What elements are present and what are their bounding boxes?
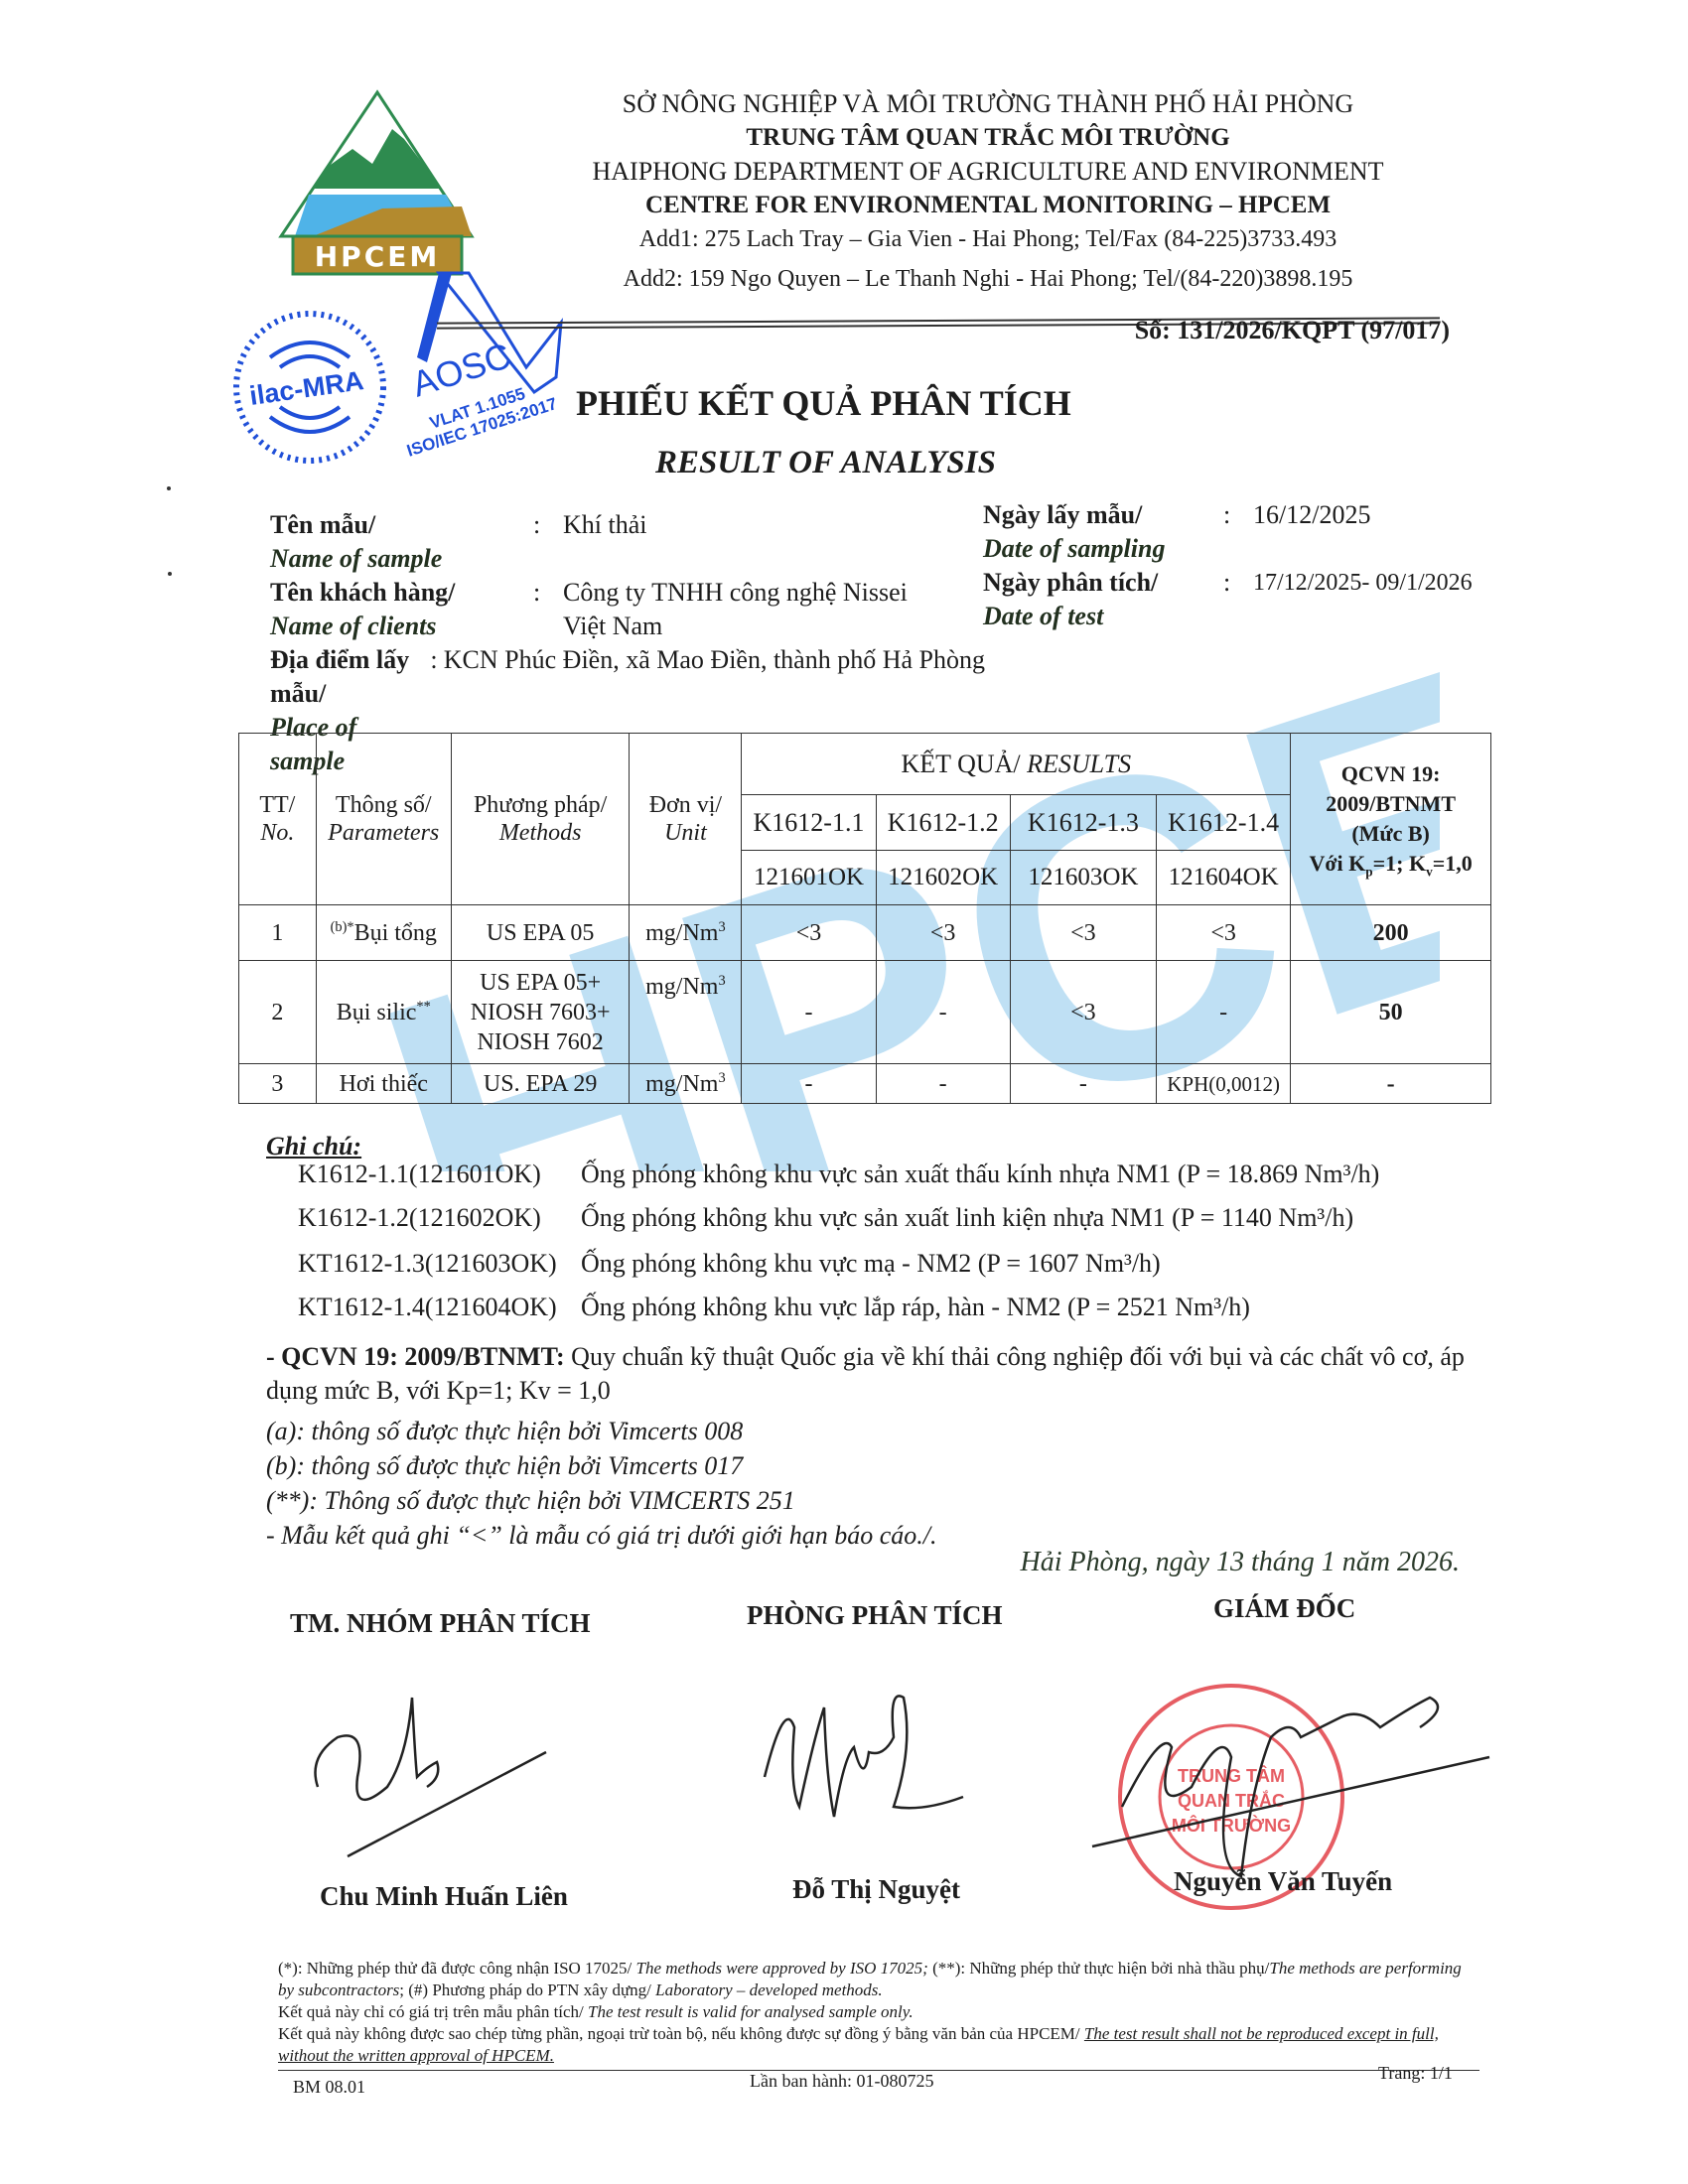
qcvn-label: - QCVN 19: 2009/BTNMT:	[266, 1342, 565, 1371]
unit: mg/Nm	[645, 1071, 718, 1097]
document-subtitle: RESULT OF ANALYSIS	[655, 445, 996, 481]
note-item: KT1612-1.4(121604OK)Ống phóng không khu …	[298, 1293, 1250, 1322]
form-code: BM 08.01	[293, 2077, 365, 2098]
signature-do-thi-nguyet	[755, 1668, 993, 1866]
row-unit: mg/Nm3	[630, 1064, 742, 1104]
limit-value: -	[1291, 1064, 1491, 1104]
header-no: TT/ No.	[239, 734, 317, 905]
sampling-date-label-en: Date of sampling	[983, 532, 1223, 566]
row-parameter: (b)*Bụi tổng	[316, 905, 451, 961]
table-header-row: TT/ No. Thông số/ Parameters Phương pháp…	[239, 734, 1491, 795]
unit-sup: 3	[718, 973, 725, 989]
results-table: TT/ No. Thông số/ Parameters Phương pháp…	[238, 733, 1491, 1104]
issue-date-place: Hải Phòng, ngày 13 tháng 1 năm 2026.	[1020, 1547, 1460, 1578]
result-value: -	[876, 961, 1010, 1064]
header-param-en: Parameters	[321, 819, 447, 847]
document-title: PHIẾU KẾT QUẢ PHÂN TÍCH	[576, 382, 1071, 424]
header-department-en: HAIPHONG DEPARTMENT OF AGRICULTURE AND E…	[531, 155, 1445, 189]
result-value: <3	[742, 905, 876, 961]
scan-dot	[168, 572, 172, 576]
header-centre-en: CENTRE FOR ENVIRONMENTAL MONITORING – HP…	[531, 189, 1445, 222]
unit: mg/Nm	[645, 920, 718, 946]
page-number: Trang: 1/1	[1378, 2063, 1453, 2084]
param-suffix: **	[416, 999, 430, 1015]
note-a: (a): thông số được thực hiện bởi Vimcert…	[266, 1415, 1477, 1448]
header-unit-vn: Đơn vị/	[633, 791, 737, 819]
result-value: -	[742, 1064, 876, 1104]
header-no-vn: TT/	[243, 791, 312, 819]
table-row: 1 (b)*Bụi tổng US EPA 05 mg/Nm3 <3 <3 <3…	[239, 905, 1491, 961]
header-parameters: Thông số/ Parameters	[316, 734, 451, 905]
hpcem-logo: HPCEM	[273, 89, 482, 278]
footer-line-1: (*): Những phép thử đã được công nhận IS…	[278, 1958, 1479, 2001]
note-desc: Ống phóng không khu vực sản xuất linh ki…	[581, 1203, 1353, 1232]
header-address-2: Add2: 159 Ngo Quyen – Le Thanh Nghi - Ha…	[531, 262, 1445, 296]
colon: :	[1223, 498, 1253, 566]
signature-role-analysis-group: TM. NHÓM PHÂN TÍCH	[290, 1608, 591, 1639]
footer-text: ; (#) Phương pháp do PTN xây dựng/	[399, 1980, 655, 1999]
colon: :	[533, 576, 563, 643]
row-method: US EPA 05	[451, 905, 630, 961]
qcvn-note: - QCVN 19: 2009/BTNMT: Quy chuẩn kỹ thuậ…	[266, 1340, 1477, 1408]
signer-name-director: Nguyễn Văn Tuyến	[1174, 1866, 1392, 1897]
header-results-en: RESULTS	[1027, 750, 1131, 778]
note-code: K1612-1.1(121601OK)	[298, 1160, 581, 1189]
result-value: -	[876, 1064, 1010, 1104]
table-row: 2 Bụi silic** US EPA 05+ NIOSH 7603+ NIO…	[239, 961, 1491, 1064]
sample-code: K1612-1.2	[876, 795, 1010, 851]
header-method-en: Methods	[456, 819, 626, 847]
sample-name-value: Khí thải	[563, 508, 647, 576]
footer-text: The methods were approved by ISO 17025;	[636, 1959, 928, 1978]
limit-value: 200	[1291, 905, 1491, 961]
sample-code: K1612-1.1	[742, 795, 876, 851]
note-item: K1612-1.2(121602OK)Ống phóng không khu v…	[298, 1203, 1353, 1233]
param-name: Bụi tổng	[354, 920, 437, 946]
footer-line-3: Kết quả này không được sao chép từng phầ…	[278, 2023, 1479, 2067]
header-results-vn: KẾT QUẢ/	[902, 750, 1028, 778]
document-number: Số: 131/2026/KQPT (97/017)	[1135, 316, 1450, 345]
result-value: <3	[1157, 905, 1291, 961]
row-no: 3	[239, 1064, 317, 1104]
param-prefix: (b)*	[331, 919, 354, 935]
header-centre-vn: TRUNG TÂM QUAN TRẮC MÔI TRƯỜNG	[531, 121, 1445, 155]
client-value-line2: Việt Nam	[563, 610, 908, 643]
result-value: -	[742, 961, 876, 1064]
sample-code: K1612-1.3	[1010, 795, 1156, 851]
signer-name-analysis-dept: Đỗ Thị Nguyệt	[792, 1874, 960, 1905]
sample-id: 121602OK	[876, 851, 1010, 905]
row-method: US EPA 05+ NIOSH 7603+ NIOSH 7602	[451, 961, 630, 1064]
header-param-vn: Thông số/	[321, 791, 447, 819]
sample-id: 121601OK	[742, 851, 876, 905]
result-value: <3	[1010, 905, 1156, 961]
signer-name-analysis-group: Chu Minh Huấn Liên	[320, 1881, 568, 1912]
row-no: 2	[239, 961, 317, 1064]
organization-header: SỞ NÔNG NGHIỆP VÀ MÔI TRƯỜNG THÀNH PHỐ H…	[531, 87, 1445, 296]
note-desc: Ống phóng không khu vực lắp ráp, hàn - N…	[581, 1293, 1250, 1321]
unit-sup: 3	[718, 919, 725, 935]
standard-line1: QCVN 19:	[1295, 759, 1486, 789]
client-label-en: Name of clients	[270, 610, 533, 643]
sample-info-right: Ngày lấy mẫu/ Date of sampling : 16/12/2…	[983, 498, 1499, 633]
row-parameter: Hơi thiếc	[316, 1064, 451, 1104]
footer-text: (**): Những phép thử thực hiện bởi nhà t…	[928, 1959, 1270, 1978]
row-no: 1	[239, 905, 317, 961]
client-label-vn: Tên khách hàng/	[270, 576, 533, 610]
table-row: 3 Hơi thiếc US. EPA 29 mg/Nm3 - - - KPH(…	[239, 1064, 1491, 1104]
result-value: KPH(0,0012)	[1157, 1064, 1291, 1104]
signature-role-director: GIÁM ĐỐC	[1213, 1593, 1355, 1624]
client-value-line1: Công ty TNHH công nghệ Nissei	[563, 576, 908, 610]
header-address-1: Add1: 275 Lach Tray – Gia Vien - Hai Pho…	[531, 222, 1445, 256]
note-code: K1612-1.2(121602OK)	[298, 1203, 581, 1233]
limit-value: 50	[1291, 961, 1491, 1064]
header-department: SỞ NÔNG NGHIỆP VÀ MÔI TRƯỜNG THÀNH PHỐ H…	[531, 87, 1445, 121]
result-value: <3	[1010, 961, 1156, 1064]
place-label-vn: Địa điểm lấy mẫu/	[270, 643, 430, 711]
header-unit-en: Unit	[633, 819, 737, 847]
header-results: KẾT QUẢ/ RESULTS	[742, 734, 1291, 795]
note-desc: Ống phóng không khu vực sản xuất thấu kí…	[581, 1160, 1379, 1188]
sampling-date-label-vn: Ngày lấy mẫu/	[983, 498, 1223, 532]
test-date-value: 17/12/2025- 09/1/2026	[1253, 566, 1473, 633]
row-unit: mg/Nm3	[630, 905, 742, 961]
sample-name-label-vn: Tên mẫu/	[270, 508, 533, 542]
standard-line4: Với Kp=1; Kv=1,0	[1295, 849, 1486, 879]
footer-disclaimer: (*): Những phép thử đã được công nhận IS…	[278, 1958, 1479, 2067]
footer-line-2: Kết quả này chỉ có giá trị trên mẫu phân…	[278, 2001, 1479, 2023]
note-code: KT1612-1.3(121603OK)	[298, 1249, 581, 1279]
param-name: Hơi thiếc	[340, 1071, 428, 1097]
result-value: -	[1010, 1064, 1156, 1104]
note-subcontractor: (**): Thông số được thực hiện bởi VIMCER…	[266, 1484, 1477, 1518]
row-unit: mg/Nm3	[630, 961, 742, 1064]
signature-role-analysis-dept: PHÒNG PHÂN TÍCH	[747, 1600, 1003, 1631]
param-name: Bụi silic	[337, 1000, 417, 1025]
svg-text:ilac-MRA: ilac-MRA	[247, 365, 365, 411]
ilac-mra-seal: ilac-MRA	[230, 308, 389, 467]
scan-dot	[167, 486, 171, 490]
standard-line2: 2009/BTNMT	[1295, 789, 1486, 819]
header-method-vn: Phương pháp/	[456, 791, 626, 819]
signature-chu-minh-huan-lien	[288, 1678, 566, 1876]
row-method: US. EPA 29	[451, 1064, 630, 1104]
sample-name-label-en: Name of sample	[270, 542, 533, 576]
header-unit: Đơn vị/ Unit	[630, 734, 742, 905]
standard-line3: (Mức B)	[1295, 819, 1486, 849]
header-methods: Phương pháp/ Methods	[451, 734, 630, 905]
test-date-label-vn: Ngày phân tích/	[983, 566, 1223, 600]
note-item: KT1612-1.3(121603OK)Ống phóng không khu …	[298, 1249, 1161, 1279]
edition-number: Lần ban hành: 01-080725	[750, 2071, 933, 2092]
sample-id: 121604OK	[1157, 851, 1291, 905]
footer-text: Kết quả này không được sao chép từng phầ…	[278, 2024, 1084, 2043]
sampling-date-value: 16/12/2025	[1253, 498, 1370, 566]
sample-id: 121603OK	[1010, 851, 1156, 905]
row-parameter: Bụi silic**	[316, 961, 451, 1064]
note-desc: Ống phóng không khu vực mạ - NM2 (P = 16…	[581, 1249, 1161, 1278]
aosc-accreditation-mark: AOSC VLAT 1.1055 ISO/IEC 17025:2017	[397, 268, 596, 467]
footer-text: Laboratory – developed methods.	[655, 1980, 883, 1999]
header-standard: QCVN 19: 2009/BTNMT (Mức B) Với Kp=1; Kv…	[1291, 734, 1491, 905]
footer-text: The test result is valid for analysed sa…	[588, 2002, 914, 2021]
sample-code: K1612-1.4	[1157, 795, 1291, 851]
note-b: (b): thông số được thực hiện bởi Vimcert…	[266, 1449, 1477, 1483]
note-item: K1612-1.1(121601OK)Ống phóng không khu v…	[298, 1160, 1379, 1189]
colon: :	[1223, 566, 1253, 633]
unit: mg/Nm	[645, 974, 718, 1000]
colon: :	[533, 508, 563, 576]
notes-title: Ghi chú:	[266, 1132, 361, 1161]
test-date-label-en: Date of test	[983, 600, 1223, 633]
result-value: <3	[876, 905, 1010, 961]
note-code: KT1612-1.4(121604OK)	[298, 1293, 581, 1322]
footer-text: (*): Những phép thử đã được công nhận IS…	[278, 1959, 636, 1978]
result-value: -	[1157, 961, 1291, 1064]
header-no-en: No.	[243, 819, 312, 847]
unit-sup: 3	[718, 1070, 725, 1086]
footer-text: Kết quả này chỉ có giá trị trên mẫu phân…	[278, 2002, 588, 2021]
